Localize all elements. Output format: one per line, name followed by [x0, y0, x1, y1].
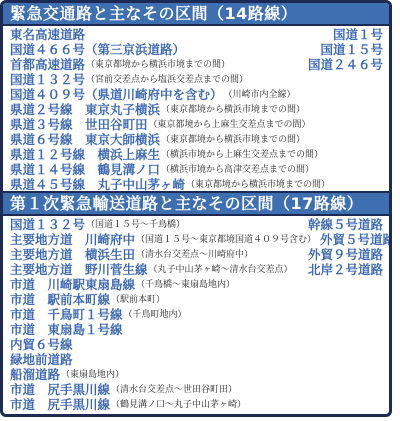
- road-section-note: （横浜市境から上麻生交差点までの間）: [161, 147, 323, 160]
- road-row: 主要地方道 野川菅生線（丸子中山茅ヶ崎～清水台交差点）北岸２号道路: [3, 261, 389, 276]
- road-row: 市道 駅前本町線（駅前本町）: [3, 291, 389, 306]
- road-row: 東名高速道路国道１号: [3, 26, 389, 41]
- road-name: 県道６号線 東京大師横浜: [10, 131, 160, 146]
- road-section-note: （横浜市境から高津交差点までの間）: [161, 162, 314, 175]
- road-right-value: 国道１５号: [316, 41, 383, 56]
- road-row: 市道 東扇島１号線: [3, 321, 389, 336]
- road-section-note: （東扇島地内）: [61, 367, 124, 380]
- road-section-note: （駅前本町）: [111, 292, 165, 305]
- road-section-note: （丸子中山茅ヶ崎～清水台交差点）: [149, 262, 293, 275]
- road-section-note: （東京都境から横浜市境までの間）: [186, 177, 330, 190]
- road-name: 主要地方道 川崎府中: [10, 231, 135, 246]
- section-primary-transport-roads: 第１次緊急輸送道路と主なその区間（17路線） 国道１３２号（国道１５号～千鳥橋）…: [3, 191, 389, 411]
- road-row: 市道 尻手黒川線（鶴見溝ノ口～丸子中山茅ヶ崎）: [3, 396, 389, 411]
- road-name: 県道１４号線 鶴見溝ノ口: [10, 161, 160, 176]
- road-row: 県道６号線 東京大師横浜（東京都境から横浜市境までの間）: [3, 131, 389, 146]
- road-name: 県道４５号線 丸子中山茅ヶ崎: [10, 176, 185, 191]
- road-right-value: 北岸２号道路: [304, 261, 383, 276]
- road-name: 国道４６６号（第三京浜道路）: [10, 41, 185, 56]
- road-row: 県道２号線 東京丸子横浜（東京都境から横浜市境までの間）: [3, 101, 389, 116]
- road-row: 国道４０９号（県道川崎府中を含む）（川崎市内全線）: [3, 86, 389, 101]
- road-row: 国道１３２号（宮前交差点から塩浜交差点までの間）: [3, 71, 389, 86]
- road-row: 市道 千鳥町１号線（千鳥町地内）: [3, 306, 389, 321]
- road-name: 市道 東扇島１号線: [10, 321, 123, 336]
- road-name: 市道 千鳥町１号線: [10, 306, 123, 321]
- road-right-value: 外貿５号道路: [316, 231, 389, 246]
- road-name: 県道３号線 世田谷町田: [10, 116, 148, 131]
- section-emergency-traffic-routes: 緊急交通路と主なその区間（14路線） 東名高速道路国道１号国道４６６号（第三京浜…: [3, 3, 389, 191]
- road-name: 主要地方道 野川菅生線: [10, 261, 148, 276]
- road-name: 船溜道路: [10, 366, 60, 381]
- road-section-note: （鶴見溝ノ口～丸子中山茅ヶ崎）: [111, 397, 246, 410]
- road-name: 国道４０９号（県道川崎府中を含む）: [10, 86, 223, 101]
- road-row: 船溜道路（東扇島地内）: [3, 366, 389, 381]
- road-row: 内貿６号線: [3, 336, 389, 351]
- road-name: 東名高速道路: [10, 26, 85, 41]
- road-right-value: 国道１号: [329, 26, 383, 41]
- road-name: 市道 駅前本町線: [10, 291, 110, 306]
- road-row: 国道４６６号（第三京浜道路）国道１５号: [3, 41, 389, 56]
- section-title-primary-transport-roads: 第１次緊急輸送道路と主なその区間（17路線）: [3, 191, 389, 216]
- section-rows: 東名高速道路国道１号国道４６６号（第三京浜道路）国道１５号首都高速道路（東京都境…: [3, 26, 389, 191]
- section-title-emergency-traffic-routes: 緊急交通路と主なその区間（14路線）: [3, 3, 389, 26]
- road-row: 市道 尻手黒川線（清水台交差点～世田谷町田）: [3, 381, 389, 396]
- road-section-note: （東京都境から横浜市境までの間）: [86, 57, 230, 70]
- road-row: 国道１３２号（国道１５号～千鳥橋）幹線５号道路: [3, 216, 389, 231]
- road-section-note: （千鳥町地内）: [124, 307, 187, 320]
- road-name: 国道１３２号: [10, 71, 85, 86]
- road-row: 緑地前道路: [3, 351, 389, 366]
- road-section-note: （宮前交差点から塩浜交差点までの間）: [86, 72, 248, 85]
- road-section-note: （東京都境から横浜市境までの間）: [161, 132, 305, 145]
- road-row: 市道 川崎駅東扇島線（千鳥橋～東扇島地内）: [3, 276, 389, 291]
- road-row: 県道３号線 世田谷町田（東京都境から上麻生交差点までの間）: [3, 116, 389, 131]
- road-section-note: （千鳥橋～東扇島地内）: [136, 277, 235, 290]
- road-section-note: （国道１５号～千鳥橋）: [86, 217, 185, 230]
- road-right-value: 幹線５号道路: [304, 216, 383, 231]
- road-section-note: （川崎市内全線）: [224, 87, 296, 100]
- road-name: 市道 尻手黒川線: [10, 381, 110, 396]
- road-name: 緑地前道路: [10, 351, 73, 366]
- road-right-value: 外貿９号道路: [304, 246, 383, 261]
- road-name: 県道２号線 東京丸子横浜: [10, 101, 160, 116]
- road-name: 首都高速道路: [10, 56, 85, 71]
- road-right-value: 国道２４６号: [304, 56, 383, 71]
- road-row: 県道１２号線 横浜上麻生（横浜市境から上麻生交差点までの間）: [3, 146, 389, 161]
- road-section-note: （清水台交差点～川崎府中）: [136, 247, 253, 260]
- road-section-note: （東京都境から横浜市境までの間）: [161, 102, 305, 115]
- road-name: 国道１３２号: [10, 216, 85, 231]
- road-name: 市道 川崎駅東扇島線: [10, 276, 135, 291]
- road-row: 首都高速道路（東京都境から横浜市境までの間）国道２４６号: [3, 56, 389, 71]
- road-section-note: （清水台交差点～世田谷町田）: [111, 382, 237, 395]
- road-name: 主要地方道 横浜生田: [10, 246, 135, 261]
- road-name: 市道 尻手黒川線: [10, 396, 110, 411]
- road-name: 内貿６号線: [10, 336, 73, 351]
- road-section-note: （東京都境から上麻生交差点までの間）: [149, 117, 311, 130]
- road-row: 県道１４号線 鶴見溝ノ口（横浜市境から高津交差点までの間）: [3, 161, 389, 176]
- road-row: 県道４５号線 丸子中山茅ヶ崎（東京都境から横浜市境までの間）: [3, 176, 389, 191]
- road-section-note: （国道１５号～東京都境国道４０９号含む）: [136, 232, 316, 245]
- section-rows: 国道１３２号（国道１５号～千鳥橋）幹線５号道路主要地方道 川崎府中（国道１５号～…: [3, 216, 389, 411]
- road-row: 主要地方道 横浜生田（清水台交差点～川崎府中）外貿９号道路: [3, 246, 389, 261]
- emergency-roads-table: 緊急交通路と主なその区間（14路線） 東名高速道路国道１号国道４６６号（第三京浜…: [0, 0, 392, 417]
- road-row: 主要地方道 川崎府中（国道１５号～東京都境国道４０９号含む）外貿５号道路: [3, 231, 389, 246]
- road-name: 県道１２号線 横浜上麻生: [10, 146, 160, 161]
